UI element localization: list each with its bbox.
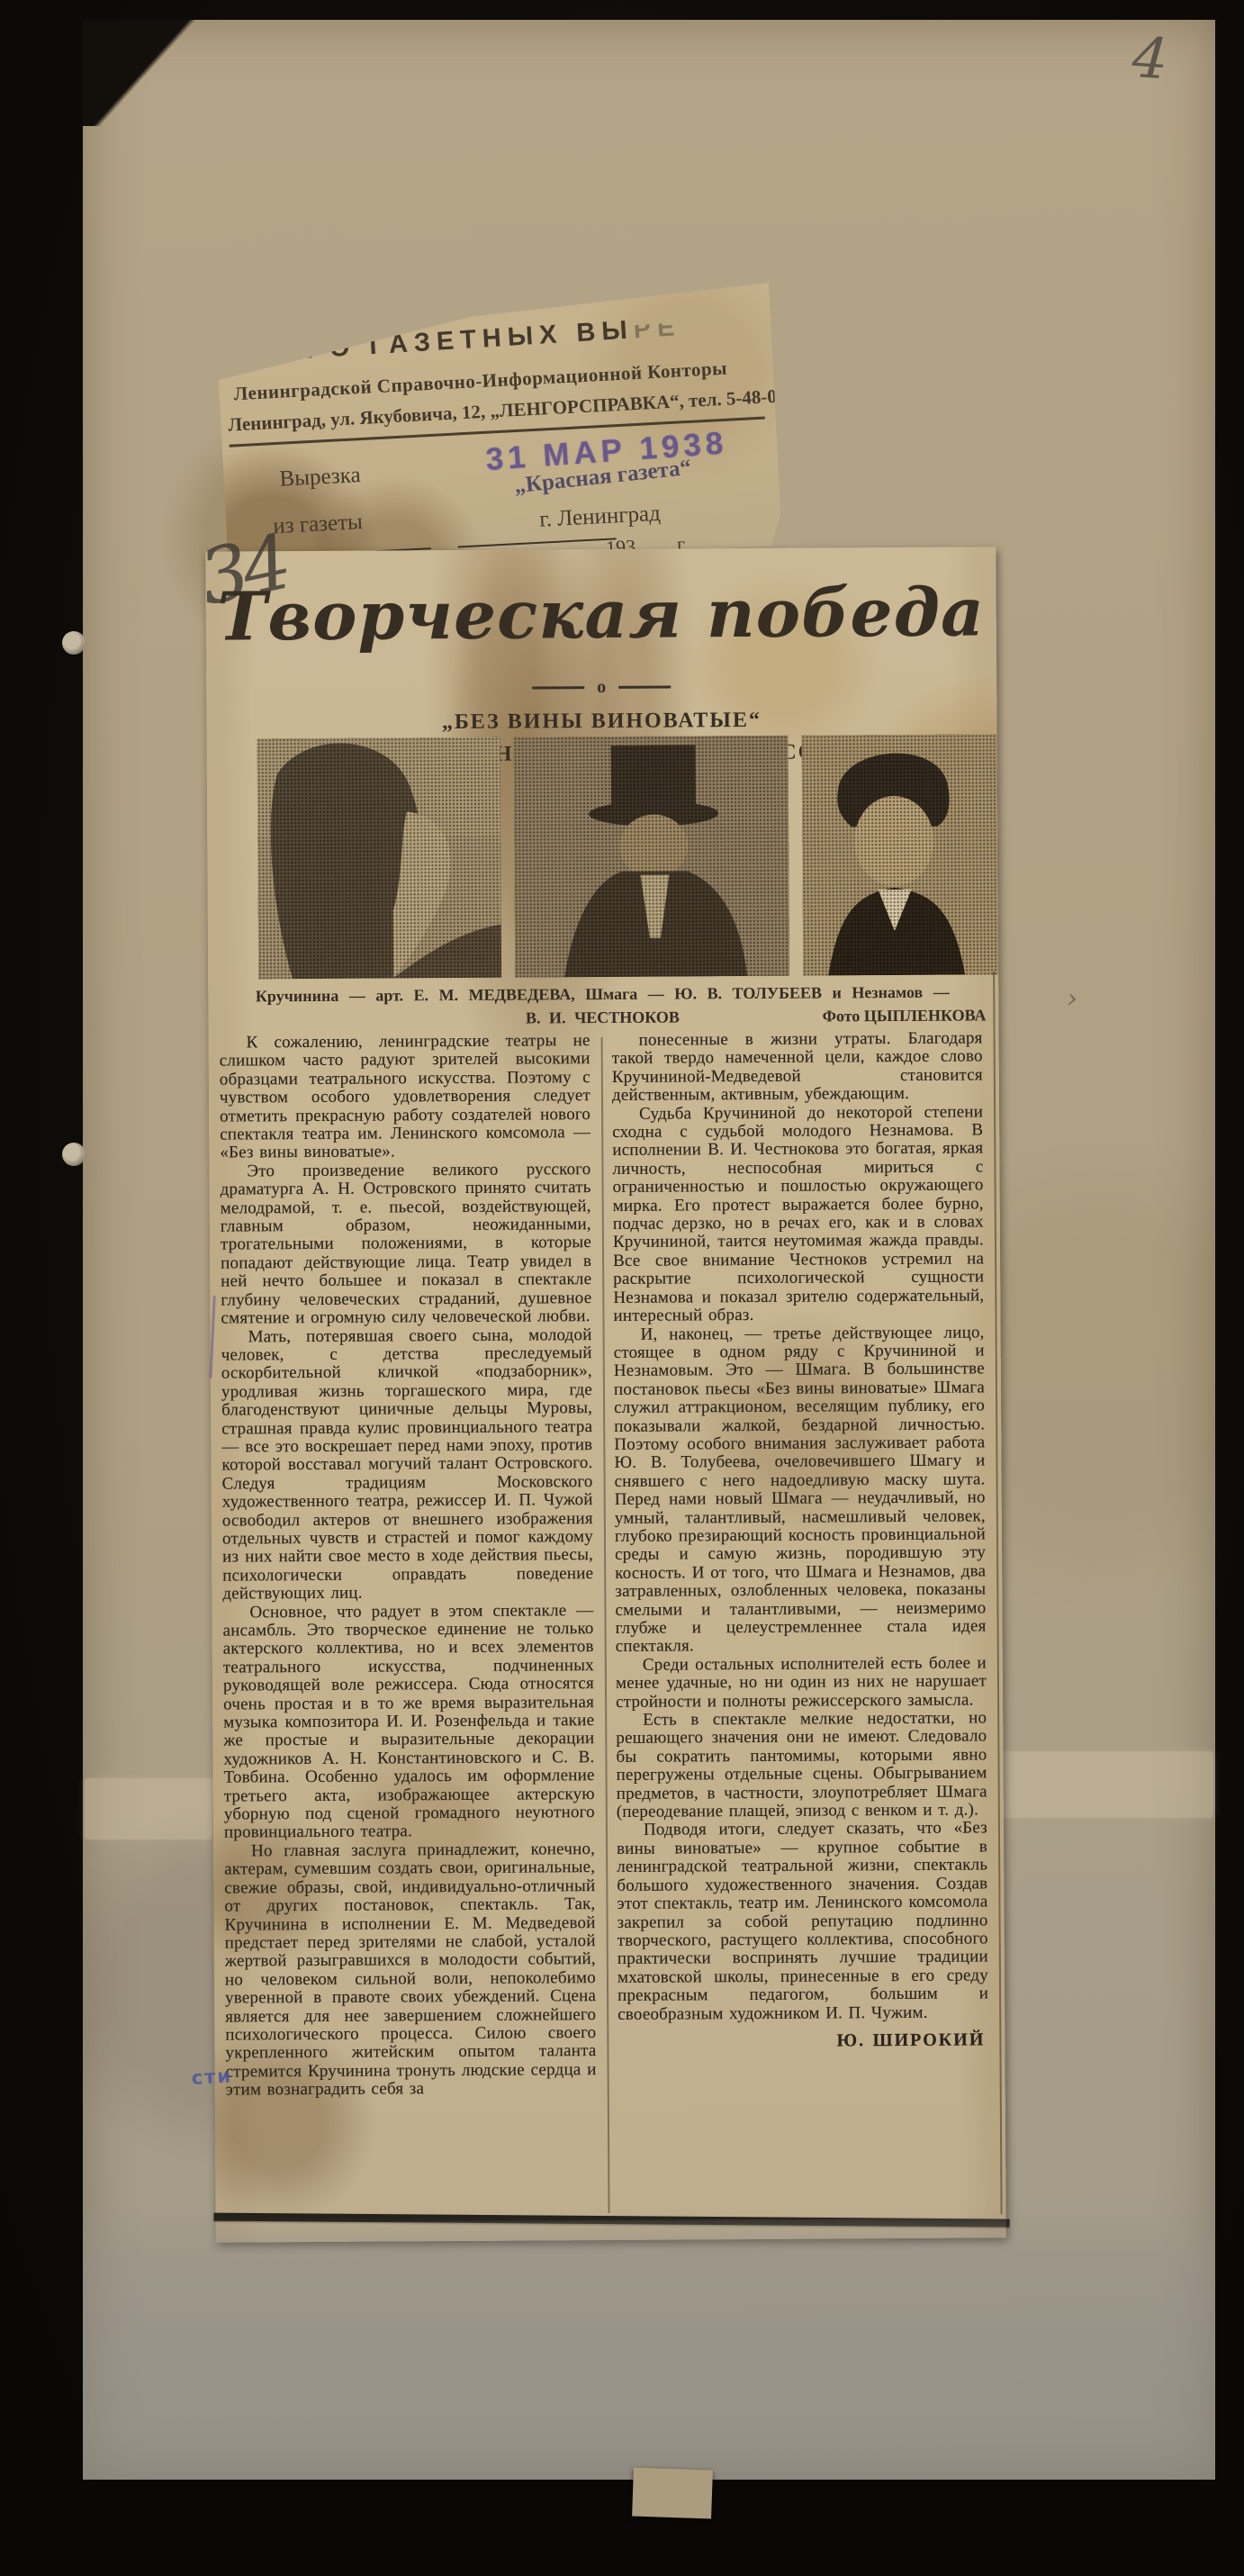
slip-city: г. Ленинград — [539, 502, 662, 533]
article-column-right-text: понесенные в жизни утраты. Благодаря так… — [612, 1029, 989, 2023]
photo-credit: Фото ЦЫПЛЕНКОВА — [822, 1006, 986, 1026]
scanned-album-page: 4 БЮРО ГАЗЕТНЫХ ВЫРЕ Ленинградской Справ… — [0, 0, 1244, 2576]
article-subtitle-play: „БЕЗ ВИНЫ ВИНОВАТЫЕ“ — [206, 707, 996, 736]
article-paragraph: Подводя итоги, следует сказать, что «Без… — [617, 1820, 988, 2024]
young-man-illustration — [802, 734, 999, 975]
article-paragraph: Основное, что радует в этом спектакле — … — [222, 1602, 595, 1843]
photo-caption-line1: Кручинина — арт. Е. М. МЕДВЕДЕВА, Шмага … — [217, 982, 987, 1006]
article-column-right: понесенные в жизни утраты. Благодаря так… — [612, 1029, 990, 2221]
author-signature: Ю. ШИРОКИЙ — [617, 2030, 985, 2051]
title-ornament: о — [206, 674, 996, 700]
tape-strip — [85, 1778, 212, 1839]
article-paragraph: Среди остальных исполнителей есть более … — [616, 1654, 987, 1712]
article-paragraph: И, наконец, — третье действующее лицо, с… — [614, 1324, 987, 1657]
article-paragraph: Это произведение великого русского драма… — [220, 1161, 591, 1328]
slip-label-vyrezka: Вырезка — [279, 463, 361, 493]
article-paragraph: понесенные в жизни утраты. Благодаря так… — [612, 1029, 983, 1105]
blank-rule — [458, 538, 617, 547]
woman-profile-illustration — [257, 737, 502, 980]
ornament-dash — [532, 686, 584, 689]
handwritten-page-number: 4 — [1131, 24, 1170, 93]
column-divider-rule — [601, 1037, 610, 2213]
ornament-dash — [618, 686, 671, 689]
photo-kruchinina-medvedeva — [257, 737, 502, 980]
handwritten-margin-note: сти — [191, 2065, 233, 2089]
hole-punch — [62, 631, 86, 655]
margin-ink-stroke — [209, 1296, 215, 1378]
article-paragraph: К сожалению, ленинградские театры не сли… — [220, 1032, 591, 1162]
hole-punch — [62, 1143, 86, 1166]
cut-off-letters: РЕ — [633, 312, 682, 344]
album-bottom-edge — [0, 2480, 1244, 2576]
ornament-letter: о — [597, 677, 606, 698]
paper-tab — [632, 2467, 713, 2518]
article-title: Творческая победа — [205, 574, 996, 655]
photo-neznamov-chestnokov — [802, 734, 999, 975]
tape-strip — [996, 1751, 1213, 1818]
mount-bottom-grey-area — [83, 2206, 1215, 2480]
article-paragraph: Но главная заслуга принадлежит, конечно,… — [224, 1840, 597, 2100]
photo-shmaga-tolubeev — [514, 736, 790, 978]
article-column-left: К сожалению, ленинградские театры не сли… — [220, 1032, 598, 2224]
slip-label-iz-gazety: из газеты — [273, 510, 364, 539]
man-in-top-hat-illustration — [514, 736, 790, 978]
article-paragraph: Мать, потерявшая своего сына, молодой че… — [221, 1326, 594, 1604]
article-paragraph: Есть в спектакле мелкие недостатки, но р… — [616, 1709, 987, 1821]
newspaper-clipping: 34 Творческая победа о „БЕЗ ВИНЫ ВИНОВАТ… — [205, 547, 1005, 2242]
album-corner-shadow — [83, 20, 218, 126]
handwritten-check-mark: › — [1067, 983, 1077, 1015]
article-paragraph: Судьба Кручининой до некоторой степени с… — [612, 1103, 984, 1325]
